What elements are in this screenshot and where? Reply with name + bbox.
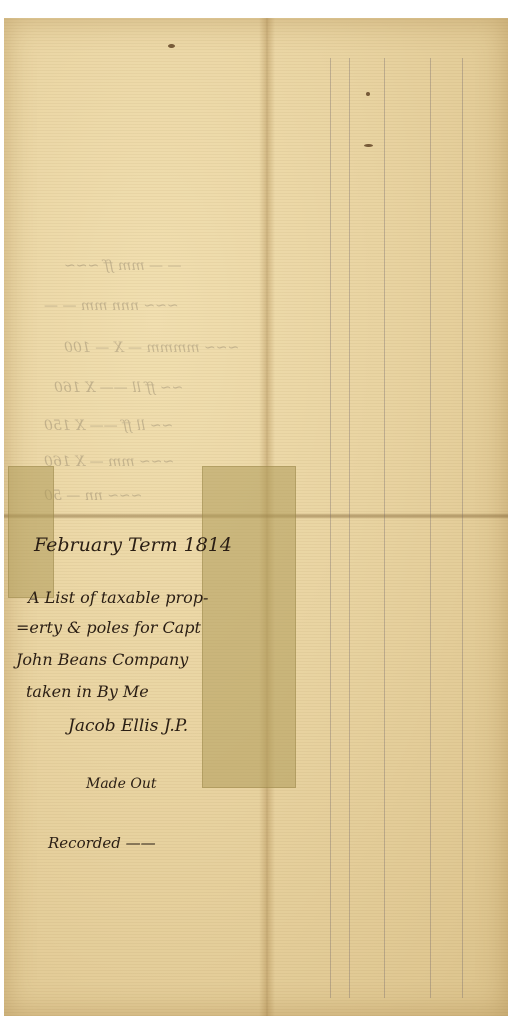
bleedthrough-text: ~~~ mmmm — X — 100	[64, 340, 239, 356]
document-sheet: — — mm ff ~~~ ~~~ nnn mm — — ~~~ mmmm — …	[4, 18, 508, 1016]
ink-spot	[364, 144, 373, 147]
ruled-column-line	[384, 58, 385, 998]
signature-jacob-ellis: Jacob Ellis J.P.	[68, 716, 188, 736]
bleedthrough-text: ~~~ nn — 50	[44, 488, 142, 504]
ruled-column-line	[349, 58, 350, 998]
ruled-column-line	[330, 58, 331, 998]
docket-line: A List of taxable prop-	[28, 588, 208, 607]
docket-line-term: February Term 1814	[34, 534, 232, 556]
note-recorded: Recorded ——	[48, 834, 156, 852]
docket-line: John Beans Company	[16, 650, 188, 669]
tape-strip-left	[8, 466, 54, 598]
tape-strip-center	[202, 466, 296, 788]
ink-spot	[168, 44, 175, 48]
bleedthrough-text: ~~~ nnn mm — —	[44, 298, 179, 314]
note-made-out: Made Out	[86, 776, 157, 792]
bleedthrough-text: ~~~ mm — X 160	[44, 454, 174, 470]
bleedthrough-text: ~~ ll ff —— X 150	[44, 418, 173, 434]
bleedthrough-text: ~~ ff ll —— X 160	[54, 380, 183, 396]
docket-line: taken in By Me	[26, 682, 149, 701]
ruled-column-line	[430, 58, 431, 998]
docket-line: =erty & poles for Capt	[16, 618, 201, 637]
ruled-column-line	[462, 58, 463, 998]
ink-spot	[366, 92, 370, 96]
bleedthrough-text: — — mm ff ~~~	[64, 258, 181, 274]
